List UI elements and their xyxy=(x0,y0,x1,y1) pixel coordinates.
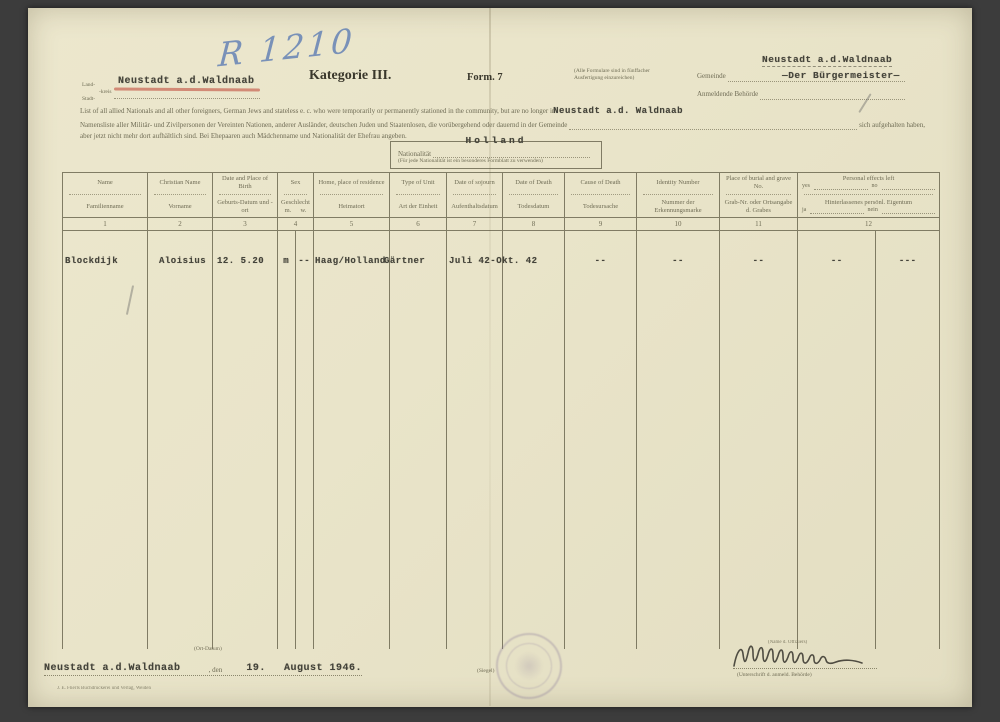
col-number: 2 xyxy=(148,218,213,230)
value-identity: -- xyxy=(672,256,684,266)
col-number: 12 xyxy=(798,218,940,230)
header-dotted-separator xyxy=(453,194,496,195)
effects-label-en: Personal effects left xyxy=(843,175,895,182)
header-de: Todesursache xyxy=(567,198,634,215)
col-header-name: Name Familienname xyxy=(62,173,148,217)
cell-effects-no: --- xyxy=(876,231,939,649)
header-dotted-separator xyxy=(284,194,307,195)
header-dotted-separator xyxy=(804,194,933,195)
cell-burial: -- xyxy=(720,231,798,649)
intro-line-de1: Namensliste aller Militär- und Zivilpers… xyxy=(80,119,925,130)
header-dotted-separator xyxy=(571,194,630,195)
value-home: Haag/Holland xyxy=(315,256,386,266)
sex-sublabels: m. w. xyxy=(280,207,311,214)
cell-home: Haag/Holland xyxy=(314,231,390,649)
intro-en-overlay-typed: Neustadt a.d. Waldnaab xyxy=(553,106,683,116)
header-dotted-separator xyxy=(154,194,206,195)
cell-birth: 12. 5.20 xyxy=(213,231,278,649)
header-en: Identity Number xyxy=(639,175,717,190)
header-en: Date of sojourn xyxy=(449,175,500,190)
value-burial: -- xyxy=(753,256,765,266)
nationality-note: (Für jede Nationalität ist ein besondere… xyxy=(398,158,543,165)
nationality-box: Holland Nationalität (Für jede Nationali… xyxy=(390,141,602,169)
location-value-typed: Neustadt a.d.Waldnaab xyxy=(118,76,255,87)
yes-label: yes xyxy=(800,183,812,190)
col-number: 3 xyxy=(213,218,278,230)
signature-dotted-line xyxy=(733,668,877,669)
col-header-unit: Type of Unit Art der Einheit xyxy=(390,173,447,217)
intro-line-en: List of all allied Nationals and all oth… xyxy=(80,106,925,117)
header-de: Art der Einheit xyxy=(392,198,444,215)
location-dotted-line xyxy=(114,88,260,99)
land-label: Land- xyxy=(82,82,95,89)
intro-de1-end-text: sich aufgehalten haben, xyxy=(859,121,925,129)
col-header-death-date: Date of Death Todesdatum xyxy=(503,173,565,217)
copies-note: (Alle Formulare sind in fünffacher Ausfe… xyxy=(574,68,669,82)
sex-label: Geschlecht xyxy=(281,199,310,206)
intro-de1-dotted-leader xyxy=(569,119,857,130)
footer-place-typed: Neustadt a.d.Waldnaab xyxy=(44,663,181,674)
cell-sojourn: Juli 42-Okt. 42 xyxy=(447,231,503,649)
footer-date-day-typed: 19. xyxy=(246,663,266,674)
col-header-burial: Place of burial and grave No. Grab-Nr. o… xyxy=(720,173,798,217)
col-header-home: Home, place of residence Heimatort xyxy=(314,173,390,217)
printer-note: J. E. Flierls Buchdruckerei und Verlag, … xyxy=(57,686,151,691)
effects-label-de: Hinterlassenes persönl. Eigentum xyxy=(825,199,912,206)
table-header-row: Name Familienname Christian Name Vorname… xyxy=(62,172,940,218)
header-dotted-separator xyxy=(509,194,558,195)
nationality-label: Nationalität xyxy=(398,150,431,158)
header-dotted-separator xyxy=(219,194,271,195)
col-header-birth: Date and Place of Birth Geburts-Datum un… xyxy=(213,173,278,217)
gemeinde-value-typed: —Der Bürgermeister— xyxy=(782,70,900,81)
signature-caption: (Unterschrift d. anmeld. Behörde) xyxy=(737,672,812,679)
cell-name: Blockdijk xyxy=(62,231,148,649)
value-effects-no: --- xyxy=(899,256,917,266)
table-body-row: Blockdijk Aloisius 12. 5.20 m -- Haag/Ho… xyxy=(62,231,940,649)
authority-label: Anmeldende Behörde xyxy=(697,90,758,98)
ja-label: ja xyxy=(800,207,808,214)
dotted-leader xyxy=(810,207,863,214)
authority-dotted-line xyxy=(760,90,905,100)
intro-de1-text: Namensliste aller Militär- und Zivilpers… xyxy=(80,121,567,129)
table-number-row: 1 2 3 4 5 6 7 8 9 10 11 12 xyxy=(62,218,940,231)
header-de: Nummer der Erkennungsmarke xyxy=(639,198,717,215)
header-de: Heimatort xyxy=(316,198,387,215)
header-de: Vorname xyxy=(150,198,210,215)
cell-effects: -- --- xyxy=(798,231,940,649)
right-location-typed: Neustadt a.d.Waldnaab xyxy=(762,54,892,67)
value-sex-w: -- xyxy=(298,256,310,266)
header-en: Date of Death xyxy=(505,175,562,190)
kreis-label: -kreis xyxy=(99,89,112,96)
header-de: Hinterlassenes persönl. Eigentum ja nein xyxy=(800,198,937,215)
header-de: Geburts-Datum und -ort xyxy=(215,198,275,215)
form-number: Form. 7 xyxy=(467,72,503,83)
header-de: Familienname xyxy=(65,198,145,215)
header-en: Sex xyxy=(280,175,311,190)
header-en: Place of burial and grave No. xyxy=(722,175,795,190)
cell-death-date xyxy=(503,231,565,649)
col-number: 5 xyxy=(314,218,390,230)
ort-datum-label: (Ort-Datum) xyxy=(194,646,222,653)
nationality-label-row: Nationalität xyxy=(398,147,592,158)
effects-ja-nein-row: ja nein xyxy=(800,207,937,214)
siegel-label: (Siegel) xyxy=(477,668,494,675)
col-number: 11 xyxy=(720,218,798,230)
nationality-value-typed: Holland xyxy=(391,135,601,146)
col-header-sojourn: Date of sojourn Aufenthaltsdatum xyxy=(447,173,503,217)
value-unit: Gärtner xyxy=(384,256,425,266)
header-dotted-separator xyxy=(396,194,440,195)
intro-en-text: List of all allied Nationals and all oth… xyxy=(80,107,555,115)
dotted-leader xyxy=(882,183,936,190)
col-header-sex: Sex Geschlecht m. w. xyxy=(278,173,314,217)
col-header-effects: Personal effects left yes no Hinterlasse… xyxy=(798,173,940,217)
nein-label: nein xyxy=(866,207,880,214)
header-dotted-separator xyxy=(320,194,383,195)
category-title: Kategorie III. xyxy=(309,68,391,84)
cell-christian-name: Aloisius xyxy=(148,231,213,649)
value-sex-m: m xyxy=(283,256,289,266)
header-en: Date and Place of Birth xyxy=(215,175,275,190)
footer-place-date-line: Neustadt a.d.Waldnaab , den 19. August 1… xyxy=(44,663,362,676)
nationality-dotted-leader xyxy=(433,147,590,158)
header-en: Personal effects left yes no xyxy=(800,175,937,190)
col-number: 9 xyxy=(565,218,637,230)
gemeinde-label: Gemeinde xyxy=(697,72,726,80)
header-en: Christian Name xyxy=(150,175,210,190)
header-en: Home, place of residence xyxy=(316,175,387,190)
header-de: Geschlecht m. w. xyxy=(280,198,311,215)
header-de: Aufenthaltsdatum xyxy=(449,198,500,215)
male-sublabel: m. xyxy=(285,207,292,214)
col-number: 6 xyxy=(390,218,447,230)
value-death-cause: -- xyxy=(595,256,607,266)
effects-yes-no-row: yes no xyxy=(800,183,937,190)
col-number: 1 xyxy=(62,218,148,230)
header-de: Todesdatum xyxy=(505,198,562,215)
col-header-identity: Identity Number Nummer der Erkennungsmar… xyxy=(637,173,720,217)
cell-sex-m: m xyxy=(278,231,296,649)
cell-death-cause: -- xyxy=(565,231,637,649)
header-en: Cause of Death xyxy=(567,175,634,190)
no-label: no xyxy=(870,183,880,190)
value-effects-yes: -- xyxy=(831,256,843,266)
cell-unit: Gärtner xyxy=(390,231,447,649)
col-number: 7 xyxy=(447,218,503,230)
col-number: 4 xyxy=(278,218,314,230)
female-sublabel: w. xyxy=(300,207,306,214)
col-number: 8 xyxy=(503,218,565,230)
register-table: Name Familienname Christian Name Vorname… xyxy=(62,172,940,649)
col-number: 10 xyxy=(637,218,720,230)
header-en: Type of Unit xyxy=(392,175,444,190)
col-header-death-cause: Cause of Death Todesursache xyxy=(565,173,637,217)
cell-sex: m -- xyxy=(278,231,314,649)
header-dotted-separator xyxy=(726,194,791,195)
scanned-document-page: R 1210 Land- -kreis Stadt- Neustadt a.d.… xyxy=(0,0,1000,722)
cell-identity: -- xyxy=(637,231,720,649)
value-christian-name: Aloisius xyxy=(159,256,206,266)
col-header-christian-name: Christian Name Vorname xyxy=(148,173,213,217)
value-birth: 12. 5.20 xyxy=(217,256,264,266)
dotted-leader xyxy=(814,183,868,190)
header-de: Grab-Nr. oder Ortsangabe d. Grabes xyxy=(722,198,795,215)
cell-sex-w: -- xyxy=(296,231,313,649)
cell-effects-yes: -- xyxy=(798,231,876,649)
stadt-label: Stadt- xyxy=(82,96,95,103)
footer-den-label: , den xyxy=(209,666,223,674)
header-en: Name xyxy=(65,175,145,190)
header-dotted-separator xyxy=(69,194,141,195)
footer-date-rest-typed: August 1946. xyxy=(284,663,362,674)
value-name: Blockdijk xyxy=(65,256,118,266)
header-dotted-separator xyxy=(643,194,713,195)
dotted-leader xyxy=(882,207,935,214)
